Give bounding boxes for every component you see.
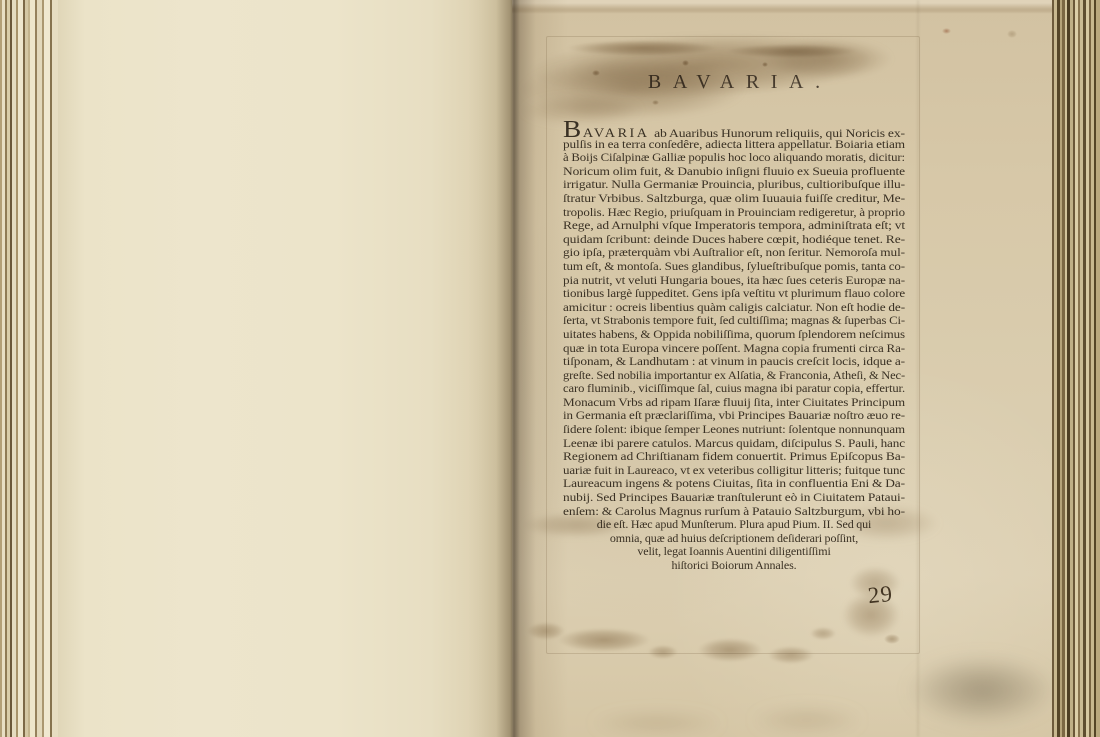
text-line: caro fluminib., viciſſimque ſal, cuius m… (563, 382, 905, 396)
text-line: tum eſt, & montoſa. Sues glandibus, ſylu… (563, 260, 905, 274)
stain-speck (942, 28, 951, 34)
text-line: nubij. Sed Principes Bauariæ tranſtuleru… (563, 491, 905, 505)
text-line: Laureacum ingens & potens Ciuitas, ſita … (563, 477, 905, 491)
text-line: gio ipſa, præterquàm vbi Auſtralior eſt,… (563, 246, 905, 260)
right-page-edges (1052, 0, 1100, 737)
left-blank-page (58, 0, 512, 737)
smudge (907, 655, 1057, 725)
book-spread: BAVARIA. BAVARIAab Auaribus Hunorum reli… (0, 0, 1100, 737)
text-line: velit, legat Ioannis Auentini diligentiſ… (563, 545, 905, 559)
text-line: ſidere ſolent: ibique ſemper Leones nutr… (563, 423, 905, 437)
text-line: Noricum olim fuit, & Danubio inſigni flu… (563, 165, 905, 179)
page-number: 29 (867, 581, 895, 609)
body-text: BAVARIAab Auaribus Hunorum reliquiis, qu… (563, 124, 905, 573)
text-line: Rege, ad Arnulphi vſque Imperatoris temp… (563, 219, 905, 233)
justified-paragraph: pulſis in ea terra conſedêre, adiecta li… (563, 138, 905, 519)
text-line: tionibus largè ſuppeditet. Gens ipſa veſ… (563, 287, 905, 301)
text-line: Leenæ ibi parere catulos. Marcus quidam,… (563, 437, 905, 451)
text-line: pia nutrit, vt veluti Hungaria boues, it… (563, 274, 905, 288)
text-line: enſem: & Carolus Magnus rurſum à Patauio… (563, 505, 905, 519)
stain-speck (1007, 30, 1017, 38)
text-line: pulſis in ea terra conſedêre, adiecta li… (563, 138, 905, 152)
text-line: uariæ fuit in Laureaco, vt ex veteribus … (563, 464, 905, 478)
page-crease (917, 0, 919, 737)
text-line: tiſponam, & Landhutam : at vinum in pauc… (563, 355, 905, 369)
closing-taper: die eſt. Hæc apud Munſterum. Plura apud … (563, 518, 905, 572)
page-title: BAVARIA. (563, 71, 905, 94)
text-line: tropolis. Hæc Regio, priuſquam in Prouin… (563, 206, 905, 220)
text-line: die eſt. Hæc apud Munſterum. Plura apud … (563, 518, 905, 532)
text-line: ſerta, vt Strabonis tempore fuit, ſed cu… (563, 314, 905, 328)
text-line: uitates habens, & Oppida nobiliſſima, qu… (563, 328, 905, 342)
stain (752, 705, 862, 735)
right-text-page: BAVARIA. BAVARIAab Auaribus Hunorum reli… (512, 0, 1052, 737)
text-line: Regionem ad Chriſtianam fidem conuertit.… (563, 450, 905, 464)
text-line: omnia, quæ ad huius deſcriptionem deſide… (563, 532, 905, 546)
left-page-edges (0, 0, 58, 737)
text-line: Monacum Vrbs ad ripam Iſaræ fluuij ſita,… (563, 396, 905, 410)
stain (592, 710, 722, 736)
text-line: irrigatur. Nulla Germaniæ Prouincia, plu… (563, 178, 905, 192)
text-line: ſtratur Vrbibus. Saltzburga, quæ olim Iu… (563, 192, 905, 206)
text-line: quæ in tota Europa vincere poſſent. Magn… (563, 342, 905, 356)
text-line: quidam ſcribunt: deinde Duces habere cœp… (563, 233, 905, 247)
text-line-first: BAVARIAab Auaribus Hunorum reliquiis, qu… (563, 124, 905, 138)
text-line: hiſtorici Boiorum Annales. (563, 559, 905, 573)
text-line: amicitur : ocreis libentius quàm caligis… (563, 301, 905, 315)
text-line: in Germania eſt præclariſſima, vbi Princ… (563, 409, 905, 423)
text-line: greſte. Sed nobilia importantur ex Alſat… (563, 369, 905, 383)
text-line: à Boijs Ciſalpinæ Galliæ populis hoc loc… (563, 151, 905, 165)
